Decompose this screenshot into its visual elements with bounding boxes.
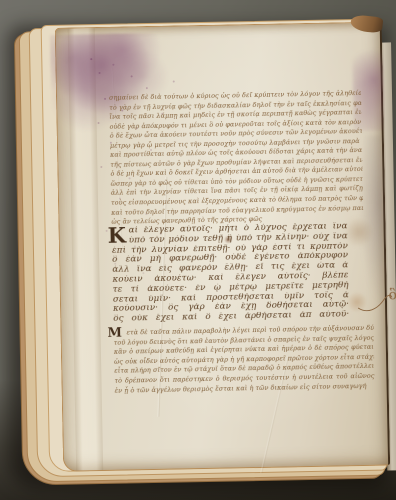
- manuscript-book: σημαίνει δὲ διὰ τούτων ὁ κύριος ὡς οὐ δε…: [12, 16, 396, 485]
- upper-commentary-text-block: σημαίνει δὲ διὰ τούτων ὁ κύριος ὡς οὐ δε…: [109, 89, 364, 227]
- stain-speckles: [90, 58, 92, 60]
- marginal-omicron-mark: ὃ: [388, 287, 396, 303]
- photograph-of-open-manuscript: σημαίνει δὲ διὰ τούτων ὁ κύριος ὡς οὐ δε…: [0, 0, 396, 500]
- worn-corner-top-right: [350, 14, 383, 33]
- lower-commentary-text-block: ετὰ δὲ ταῦτα πάλιν παραβολὴν λέγει περὶ …: [113, 324, 374, 396]
- gospel-text-block: αὶ ἔλεγεν αὐτοῖς· μήτι ὁ λύχνος ἔρχεται …: [112, 222, 350, 324]
- marginal-ornament: ὃ: [357, 285, 396, 320]
- manuscript-page: σημαίνει δὲ διὰ τούτων ὁ κύριος ὡς οὐ δε…: [55, 22, 390, 472]
